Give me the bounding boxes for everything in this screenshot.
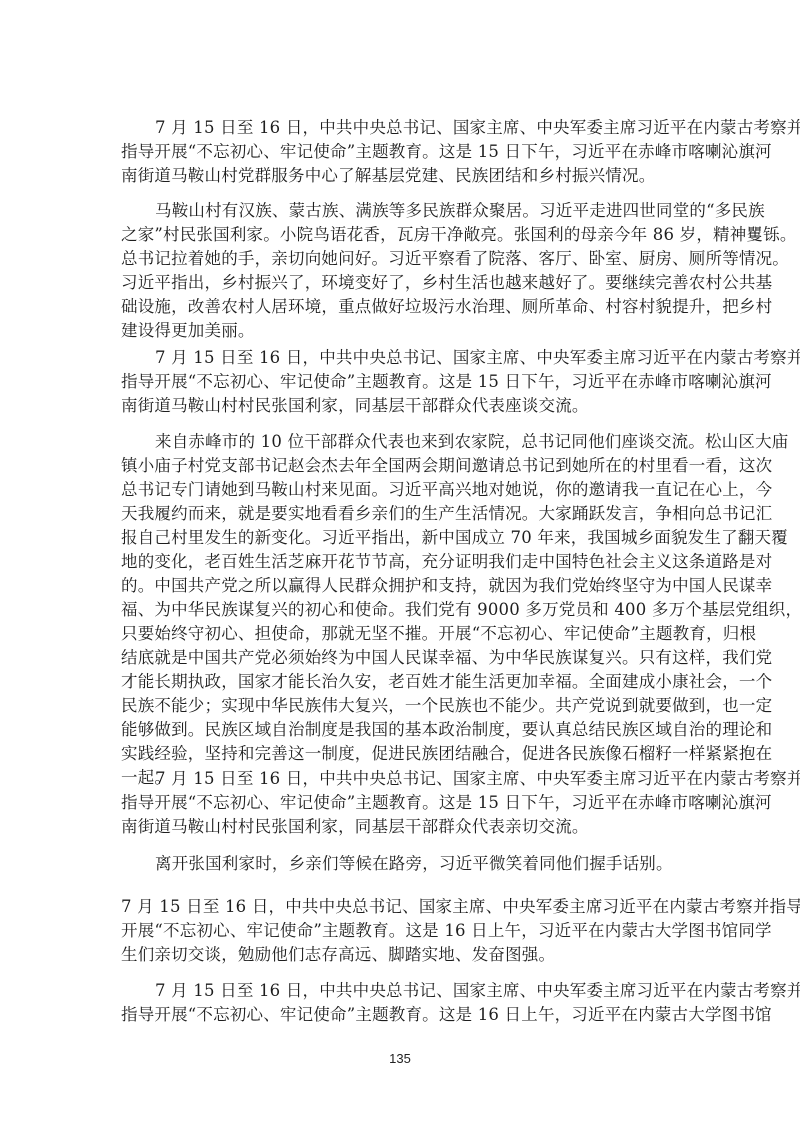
text-line: 础设施，改善农村人居环境，重点做好垃圾污水治理、厕所革命、村容村貌提升，把乡村	[121, 295, 681, 319]
text-line: 7 月 15 日至 16 日，中共中央总书记、国家主席、中央军委主席习近平在内蒙…	[121, 979, 681, 1003]
text-line: 报自己村里发生的新变化。习近平指出，新中国成立 70 年来，我国城乡面貌发生了翻…	[121, 526, 681, 550]
text-line: 南街道马鞍山村村民张国利家，同基层干部群众代表座谈交流。	[121, 394, 681, 418]
text-line: 马鞍山村有汉族、蒙古族、满族等多民族群众聚居。习近平走进四世同堂的“多民族	[121, 199, 681, 223]
text-line: 天我履约而来，就是要实地看看乡亲们的生产生活情况。大家踊跃发言，争相向总书记汇	[121, 502, 681, 526]
text-line: 总书记拉着她的手，亲切向她问好。习近平察看了院落、客厅、卧室、厨房、厕所等情况。	[121, 247, 681, 271]
paragraph-7: 7 月 15 日至 16 日，中共中央总书记、国家主席、中央军委主席习近平在内蒙…	[121, 895, 681, 967]
text-line: 镇小庙子村党支部书记赵会杰去年全国两会期间邀请总书记到她所在的村里看一看，这次	[121, 454, 681, 478]
text-line: 之家”村民张国利家。小院鸟语花香，瓦房干净敞亮。张国利的母亲今年 86 岁，精神…	[121, 223, 681, 247]
paragraph-4: 来自赤峰市的 10 位干部群众代表也来到农家院，总书记同他们座谈交流。松山区大庙…	[121, 430, 681, 790]
text-line: 地的变化，老百姓生活芝麻开花节节高，充分证明我们走中国特色社会主义这条道路是对	[121, 550, 681, 574]
text-line: 福、为中华民族谋复兴的初心和使命。我们党有 9000 多万党员和 400 多万个…	[121, 598, 681, 622]
paragraph-1: 7 月 15 日至 16 日，中共中央总书记、国家主席、中央军委主席习近平在内蒙…	[121, 116, 681, 188]
text-line: 指导开展“不忘初心、牢记使命”主题教育。这是 16 日上午，习近平在内蒙古大学图…	[121, 1003, 681, 1027]
document-page: 7 月 15 日至 16 日，中共中央总书记、国家主席、中央军委主席习近平在内蒙…	[0, 0, 800, 1133]
text-line: 南街道马鞍山村村民张国利家，同基层干部群众代表亲切交流。	[121, 815, 681, 839]
text-line: 的。中国共产党之所以赢得人民群众拥护和支持，就因为我们党始终坚守为中国人民谋幸	[121, 574, 681, 598]
text-line: 7 月 15 日至 16 日，中共中央总书记、国家主席、中央军委主席习近平在内蒙…	[121, 767, 681, 791]
text-line: 结底就是中国共产党必须始终为中国人民谋幸福、为中华民族谋复兴。只有这样，我们党	[121, 646, 681, 670]
text-line: 开展“不忘初心、牢记使命”主题教育。这是 16 日上午，习近平在内蒙古大学图书馆…	[121, 919, 681, 943]
text-line: 指导开展“不忘初心、牢记使命”主题教育。这是 15 日下午，习近平在赤峰市喀喇沁…	[121, 140, 681, 164]
paragraph-6: 离开张国利家时，乡亲们等候在路旁，习近平微笑着同他们握手话别。	[121, 852, 681, 876]
text-line: 7 月 15 日至 16 日，中共中央总书记、国家主席、中央军委主席习近平在内蒙…	[121, 895, 681, 919]
text-line: 指导开展“不忘初心、牢记使命”主题教育。这是 15 日下午，习近平在赤峰市喀喇沁…	[121, 370, 681, 394]
text-line: 指导开展“不忘初心、牢记使命”主题教育。这是 15 日下午，习近平在赤峰市喀喇沁…	[121, 791, 681, 815]
text-line: 习近平指出，乡村振兴了，环境变好了，乡村生活也越来越好了。要继续完善农村公共基	[121, 271, 681, 295]
paragraph-8: 7 月 15 日至 16 日，中共中央总书记、国家主席、中央军委主席习近平在内蒙…	[121, 979, 681, 1027]
text-line: 离开张国利家时，乡亲们等候在路旁，习近平微笑着同他们握手话别。	[121, 852, 681, 876]
page-number: 135	[0, 1051, 800, 1066]
paragraph-5: 7 月 15 日至 16 日，中共中央总书记、国家主席、中央军委主席习近平在内蒙…	[121, 767, 681, 839]
text-line: 只要始终守初心、担使命，那就无坚不摧。开展“不忘初心、牢记使命”主题教育，归根	[121, 622, 681, 646]
text-line: 7 月 15 日至 16 日，中共中央总书记、国家主席、中央军委主席习近平在内蒙…	[121, 116, 681, 140]
text-line: 7 月 15 日至 16 日，中共中央总书记、国家主席、中央军委主席习近平在内蒙…	[121, 346, 681, 370]
text-line: 民族不能少；实现中华民族伟大复兴，一个民族也不能少。共产党说到就要做到，也一定	[121, 694, 681, 718]
text-line: 实践经验，坚持和完善这一制度，促进民族团结融合，促进各民族像石榴籽一样紧紧抱在	[121, 742, 681, 766]
text-line: 生们亲切交谈，勉励他们志存高远、脚踏实地、发奋图强。	[121, 943, 681, 967]
text-line: 能够做到。民族区域自治制度是我国的基本政治制度，要认真总结民族区域自治的理论和	[121, 718, 681, 742]
text-line: 南街道马鞍山村党群服务中心了解基层党建、民族团结和乡村振兴情况。	[121, 164, 681, 188]
paragraph-3: 7 月 15 日至 16 日，中共中央总书记、国家主席、中央军委主席习近平在内蒙…	[121, 346, 681, 418]
text-line: 来自赤峰市的 10 位干部群众代表也来到农家院，总书记同他们座谈交流。松山区大庙	[121, 430, 681, 454]
paragraph-2: 马鞍山村有汉族、蒙古族、满族等多民族群众聚居。习近平走进四世同堂的“多民族 之家…	[121, 199, 681, 343]
text-line: 才能长期执政，国家才能长治久安，老百姓才能生活更加幸福。全面建成小康社会，一个	[121, 670, 681, 694]
text-line: 建设得更加美丽。	[121, 319, 681, 343]
text-line: 总书记专门请她到马鞍山村来见面。习近平高兴地对她说，你的邀请我一直记在心上，今	[121, 478, 681, 502]
